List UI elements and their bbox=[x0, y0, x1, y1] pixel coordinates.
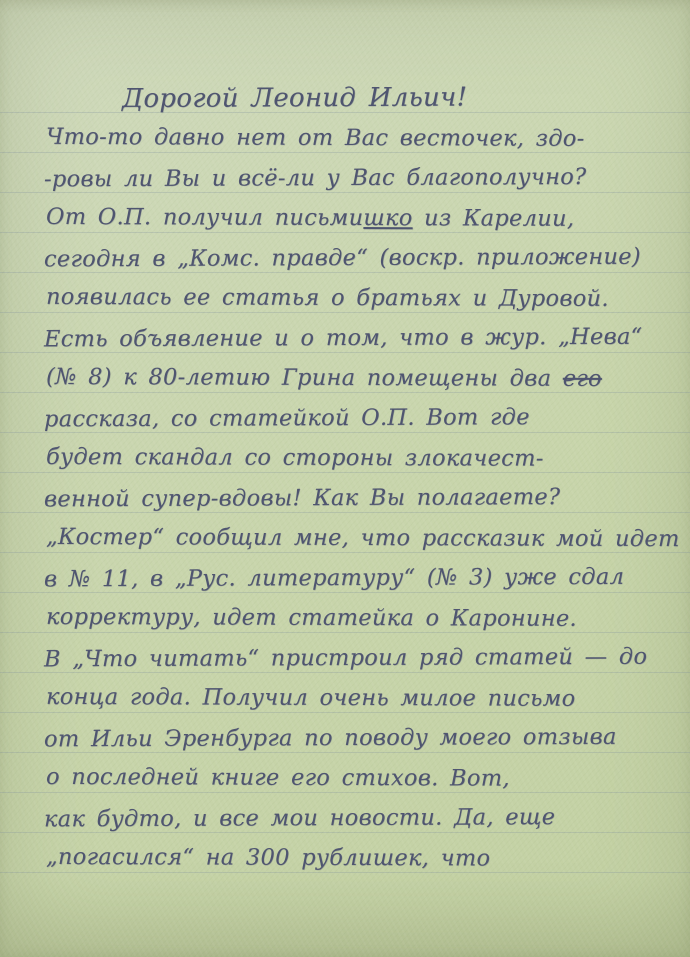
underlined-word: шко bbox=[363, 205, 412, 231]
letter-line: от Ильи Эренбурга по поводу моего отзыва bbox=[44, 717, 666, 760]
letter-line: В „Что читать“ пристроил ряд статей — до bbox=[44, 637, 666, 680]
letter-line: о последней книге его стихов. Вот, bbox=[46, 757, 668, 799]
letter-line: -ровы ли Вы и всё-ли у Вас благополучно? bbox=[44, 157, 666, 200]
letter-line: конца года. Получил очень милое письмо bbox=[46, 677, 668, 719]
letter-line: в № 11, в „Рус. литературу“ (№ 3) уже сд… bbox=[44, 557, 666, 600]
letter-line: Что-то давно нет от Вас весточек, здо- bbox=[46, 117, 668, 159]
letter-line: (№ 8) к 80-летию Грина помещены два его bbox=[46, 357, 668, 399]
letter-line: как будто, и все мои новости. Да, еще bbox=[44, 797, 666, 840]
letter-page: Дорогой Леонид Ильич! Что-то давно нет о… bbox=[0, 0, 690, 957]
letter-line: „Костер“ сообщил мне, что рассказик мой … bbox=[46, 517, 668, 559]
line-text: От О.П. получил письми bbox=[46, 204, 364, 231]
letter-line: появилась ее статья о братьях и Дуровой. bbox=[46, 277, 668, 319]
letter-line: венной супер-вдовы! Как Вы полагаете? bbox=[44, 477, 666, 520]
letter-line: сегодня в „Комс. правде“ (воскр. приложе… bbox=[44, 237, 666, 280]
letter-body: Дорогой Леонид Ильич! Что-то давно нет о… bbox=[44, 78, 666, 878]
letter-line: „погасился“ на 300 рублишек, что bbox=[46, 837, 668, 879]
crossed-out-word: его bbox=[563, 366, 602, 392]
salutation-line: Дорогой Леонид Ильич! bbox=[44, 77, 666, 120]
letter-line: корректуру, идет статейка о Каронине. bbox=[46, 597, 668, 639]
line-text: (№ 8) к 80-летию Грина помещены два bbox=[46, 364, 563, 392]
letter-line: От О.П. получил письмишко из Карелии, bbox=[46, 197, 668, 239]
letter-line: рассказа, со статейкой О.П. Вот где bbox=[44, 397, 666, 440]
line-text: из Карелии, bbox=[413, 205, 575, 232]
letter-line: будет скандал со стороны злокачест- bbox=[46, 437, 668, 479]
letter-line: Есть объявление и о том, что в жур. „Нев… bbox=[44, 317, 666, 360]
